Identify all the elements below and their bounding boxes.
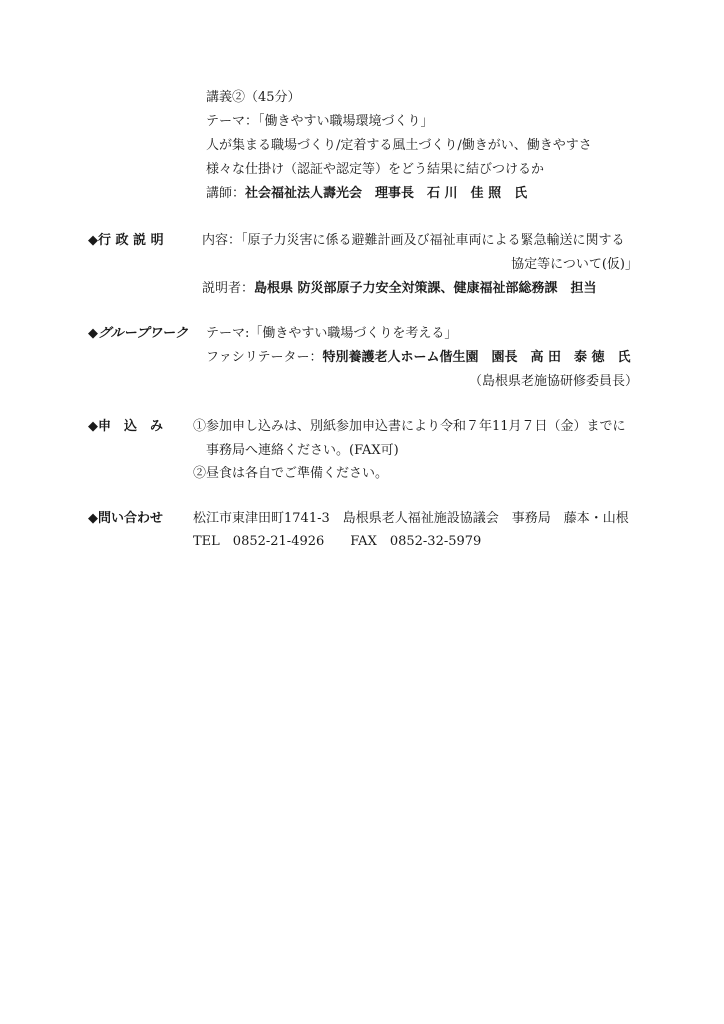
- contact-heading: ◆問い合わせ: [88, 510, 163, 528]
- lecture2-desc-1: 人が集まる職場づくり/定着する風土づくり/働きがい、働きやすさ: [206, 137, 592, 155]
- application-heading: ◆申 込 み: [88, 418, 163, 436]
- facilitator-note: （島根県老施協研修委員長）: [469, 373, 638, 391]
- admin-presenter: 説明者：島根県 防災部原子力安全対策課、健康福祉部総務課 担当: [202, 280, 597, 298]
- lecture2-theme: テーマ：「働きやすい職場環境づくり」: [206, 113, 434, 131]
- presenter-name: 島根県 防災部原子力安全対策課、健康福祉部総務課 担当: [254, 281, 597, 296]
- presenter-label: 説明者：: [202, 281, 254, 296]
- application-item-1a: ①参加申し込みは、別紙参加申込書により令和７年11月７日（金）までに: [193, 418, 626, 436]
- lecturer-name: 社会福祉法人壽光会 理事長 石 川 佳 照 氏: [245, 186, 527, 201]
- facilitator-name: 特別養護老人ホーム偕生園 園長 高 田 泰 徳 氏: [322, 350, 630, 365]
- admin-content-1: 内容：「原子力災害に係る避難計画及び福祉車両による緊急輸送に関する: [202, 232, 625, 250]
- application-item-2: ②昼食は各自でご準備ください。: [193, 465, 388, 483]
- lecture2-lecturer: 講師：社会福祉法人壽光会 理事長 石 川 佳 照 氏: [206, 185, 527, 203]
- lecture2-desc-2: 様々な仕掛け（認証や認定等）をどう結果に結びつけるか: [206, 161, 544, 179]
- admin-content-2: 協定等について(仮)」: [511, 256, 638, 274]
- groupwork-heading: ◆グループワーク: [88, 325, 188, 343]
- contact-tel-fax: TEL 0852-21-4926 FAX 0852-32-5979: [193, 533, 481, 551]
- lecture2-title: 講義②（45分）: [206, 89, 301, 107]
- groupwork-theme: テーマ:「働きやすい職場づくりを考える」: [206, 325, 457, 343]
- groupwork-facilitator: ファシリテーター：特別養護老人ホーム偕生園 園長 高 田 泰 徳 氏: [206, 349, 631, 367]
- contact-address: 松江市東津田町1741-3 島根県老人福祉施設協議会 事務局 藤本・山根: [193, 510, 629, 528]
- facilitator-label: ファシリテーター：: [206, 350, 322, 365]
- application-item-1b: 事務局へ連絡ください。(FAX可): [206, 442, 399, 460]
- admin-heading: ◆行 政 説 明: [88, 232, 164, 250]
- lecturer-label: 講師：: [206, 186, 245, 201]
